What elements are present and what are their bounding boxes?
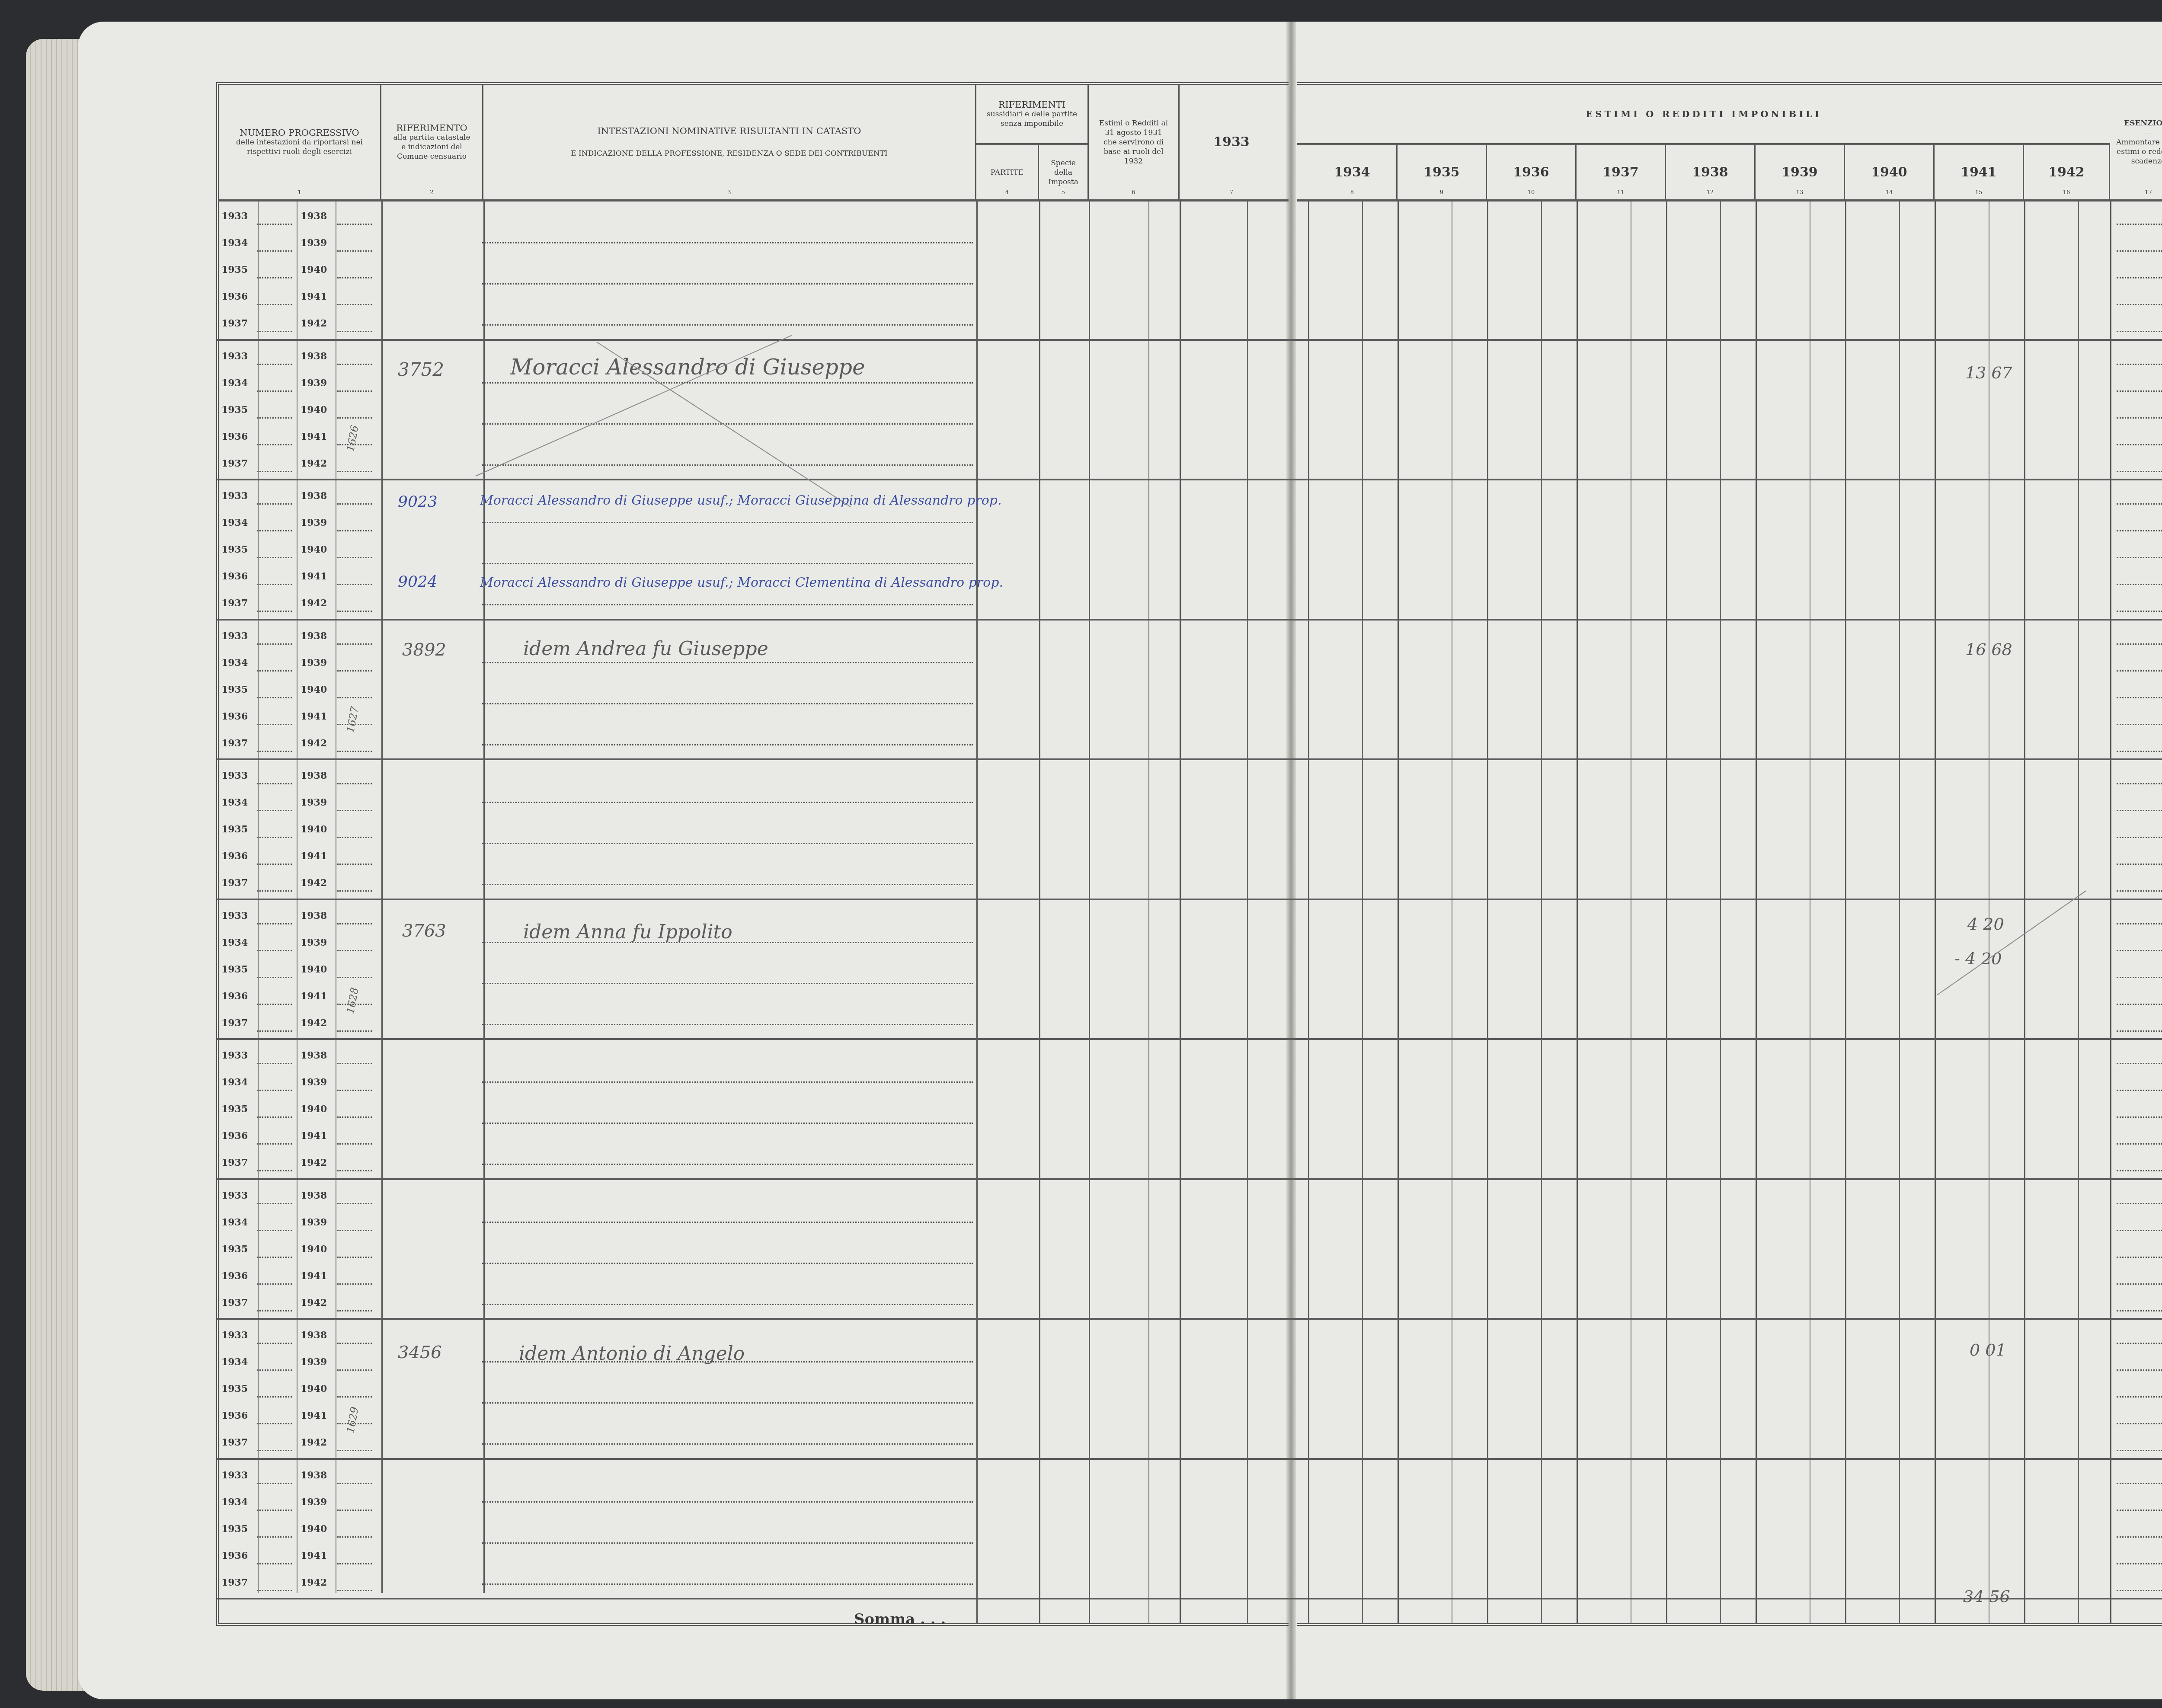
dotted-line [2117, 923, 2162, 924]
header-dash: — [2110, 128, 2162, 138]
dotted-line [2117, 783, 2162, 784]
row-year-right: 1942 [301, 1437, 327, 1448]
rule [336, 202, 336, 1593]
header-year: 1936 [1487, 168, 1575, 177]
dotted-line [257, 1004, 292, 1005]
dotted-line [337, 390, 372, 392]
dotted-line [2117, 1116, 2162, 1118]
row-year-right: 1939 [301, 517, 327, 528]
dotted-line [482, 662, 973, 663]
header-year-1941: 194115 [1935, 145, 2024, 199]
block-divider [216, 1318, 2162, 1320]
block-divider [216, 1178, 2162, 1180]
dotted-line [257, 923, 292, 924]
register-table-left: NUMERO PROGRESSIVO delle intestazioni da… [216, 82, 1289, 1626]
dotted-line [2117, 611, 2162, 612]
dotted-line [2117, 364, 2162, 365]
row-year-right: 1942 [301, 1157, 327, 1168]
row-year-right: 1940 [301, 1383, 327, 1395]
dotted-line [2117, 390, 2162, 392]
row-year-right: 1941 [301, 1130, 327, 1142]
dotted-line [2117, 1004, 2162, 1005]
row-year-left: 1935 [221, 1383, 248, 1395]
dotted-line [337, 1063, 372, 1064]
row-year-right: 1942 [301, 1017, 327, 1029]
row-year-right: 1942 [301, 877, 327, 889]
row-year-left: 1933 [221, 1330, 248, 1341]
rule [1039, 202, 1040, 1623]
dotted-line [257, 611, 292, 612]
header-title: RIFERIMENTI [976, 100, 1087, 109]
header-year: 1934 [1308, 168, 1396, 177]
dotted-line [257, 277, 292, 278]
dotted-line [2117, 277, 2162, 278]
dotted-line [257, 1483, 292, 1484]
dotted-line [337, 751, 372, 752]
row-year-left: 1933 [221, 1190, 248, 1201]
dotted-line [337, 864, 372, 865]
partita-ref: 9024 [398, 573, 438, 591]
column-number: 13 [1756, 188, 1844, 198]
rule [1398, 202, 1399, 1623]
dotted-line [2117, 1283, 2162, 1285]
row-year-right: 1942 [301, 318, 327, 329]
dotted-line [2117, 837, 2162, 838]
row-year-right: 1938 [301, 1050, 327, 1061]
header-year: 1933 [1180, 138, 1283, 147]
header-sub: sussidiari e delle partite senza imponib… [976, 109, 1087, 128]
dotted-line [2117, 1590, 2162, 1591]
row-year-left: 1933 [221, 490, 248, 502]
row-year-left: 1936 [221, 1130, 248, 1142]
header-title: NUMERO PROGRESSIVO [219, 128, 380, 138]
dotted-line [257, 1116, 292, 1118]
dotted-line [2117, 304, 2162, 305]
dotted-line [2117, 670, 2162, 672]
dotted-line [2117, 1396, 2162, 1398]
row-year-left: 1936 [221, 1410, 248, 1421]
dotted-line [337, 950, 372, 951]
row-year-right: 1940 [301, 1244, 327, 1255]
dotted-line [482, 703, 973, 704]
dotted-line [482, 1222, 973, 1223]
dotted-line [2117, 1143, 2162, 1145]
column-number: 3 [483, 188, 975, 198]
dotted-line [2117, 557, 2162, 558]
rule [1308, 202, 1309, 1623]
dotted-line [257, 503, 292, 505]
row-year-left: 1936 [221, 991, 248, 1002]
row-year-right: 1940 [301, 544, 327, 555]
row-year-right: 1941 [301, 291, 327, 302]
dotted-line [2117, 1510, 2162, 1511]
row-year-right: 1942 [301, 1577, 327, 1588]
dotted-line [257, 1170, 292, 1171]
dotted-line [482, 744, 973, 745]
rule [2078, 202, 2079, 1623]
column-number: 8 [1308, 188, 1396, 198]
dotted-line [337, 1030, 372, 1032]
header-year-1940: 194014 [1845, 145, 1935, 199]
row-year-right: 1942 [301, 1297, 327, 1308]
rule [2024, 202, 2025, 1623]
partita-ref: 3456 [398, 1343, 442, 1363]
dotted-line [257, 977, 292, 978]
header-specie-imposta: Specie della Imposta 5 [1039, 145, 1089, 199]
row-year-right: 1942 [301, 458, 327, 469]
dotted-line [482, 1123, 973, 1124]
row-year-right: 1940 [301, 964, 327, 975]
header-year-1935: 19359 [1398, 145, 1487, 199]
row-year-left: 1936 [221, 711, 248, 722]
row-year-left: 1934 [221, 377, 248, 389]
row-year-right: 1939 [301, 1077, 327, 1088]
amount-1941: 13 67 [1965, 363, 2012, 382]
dotted-line [2117, 1423, 2162, 1424]
dotted-line [482, 1583, 973, 1585]
header-year-1937: 193711 [1577, 145, 1666, 199]
dotted-line [2117, 1563, 2162, 1564]
row-year-right: 1939 [301, 657, 327, 668]
rule [1362, 202, 1363, 1623]
dotted-line [2117, 471, 2162, 472]
dotted-line [337, 1369, 372, 1371]
dotted-line [2117, 1483, 2162, 1484]
row-year-left: 1937 [221, 877, 248, 889]
row-year-left: 1934 [221, 1356, 248, 1368]
dotted-line [337, 1536, 372, 1538]
dotted-line [2117, 444, 2162, 445]
header-partite: PARTITE 4 [976, 145, 1039, 199]
dotted-line [337, 1590, 372, 1591]
dotted-line [2117, 1257, 2162, 1258]
row-year-right: 1941 [301, 1410, 327, 1421]
dotted-line [2117, 864, 2162, 865]
dotted-line [337, 250, 372, 252]
rule [1845, 202, 1846, 1623]
header-year: 1937 [1577, 168, 1665, 177]
row-year-left: 1937 [221, 1297, 248, 1308]
dotted-line [2117, 1170, 2162, 1171]
row-year-right: 1938 [301, 1470, 327, 1481]
row-year-right: 1939 [301, 1356, 327, 1368]
dotted-line [482, 382, 973, 384]
partita-ref: 3752 [398, 359, 444, 380]
header-year: 1935 [1398, 168, 1486, 177]
row-year-left: 1933 [221, 910, 248, 921]
dotted-line [337, 697, 372, 698]
row-year-right: 1940 [301, 404, 327, 416]
row-year-left: 1934 [221, 1217, 248, 1228]
header-intestazioni: INTESTAZIONI NOMINATIVE RISULTANTI IN CA… [483, 85, 976, 199]
dotted-line [257, 1030, 292, 1032]
row-year-right: 1940 [301, 1523, 327, 1535]
dotted-line [257, 1230, 292, 1231]
dotted-line [337, 923, 372, 924]
rule [1148, 202, 1149, 1623]
column-number: 1 [219, 188, 380, 198]
dotted-line [2117, 530, 2162, 531]
partita-ref: 9023 [398, 493, 438, 511]
row-year-left: 1934 [221, 1077, 248, 1088]
dotted-line [2117, 417, 2162, 419]
block-divider [216, 899, 2162, 900]
column-number: 2 [381, 188, 482, 198]
dotted-line [337, 1170, 372, 1171]
header-year-1939: 193913 [1756, 145, 1845, 199]
register-table-right: ESTIMI O REDDITI IMPONIBILI 19348 19359 … [1297, 82, 2162, 1626]
dotted-line [257, 1510, 292, 1511]
dotted-line [2117, 977, 2162, 978]
taxpayer-name: Moracci Alessandro di Giuseppe [510, 355, 865, 380]
row-year-right: 1942 [301, 598, 327, 609]
row-year-left: 1934 [221, 797, 248, 808]
dotted-line [337, 364, 372, 365]
dotted-line [482, 1443, 973, 1445]
amount-1941: 16 68 [1965, 640, 2012, 659]
column-number: 15 [1935, 188, 2023, 198]
dotted-line [337, 1450, 372, 1451]
column-number: 7 [1180, 188, 1283, 198]
row-year-left: 1935 [221, 1523, 248, 1535]
row-year-left: 1935 [221, 964, 248, 975]
rule [1899, 202, 1900, 1623]
row-year-left: 1936 [221, 291, 248, 302]
header-estimi-1931: Estimi o Redditi al 31 agosto 1931 che s… [1089, 85, 1180, 199]
rule [1631, 202, 1631, 1623]
row-year-right: 1941 [301, 711, 327, 722]
rule [1935, 202, 1936, 1623]
dotted-line [482, 423, 973, 425]
dotted-line [257, 1343, 292, 1344]
dotted-line [337, 837, 372, 838]
rule [1180, 202, 1181, 1623]
dotted-line [337, 1483, 372, 1484]
dotted-line [337, 1563, 372, 1564]
dotted-line [2117, 1030, 2162, 1032]
header-title: PARTITE [976, 168, 1038, 177]
taxpayer-name: Moracci Alessandro di Giuseppe usuf.; Mo… [480, 575, 1003, 590]
row-year-left: 1935 [221, 1103, 248, 1115]
dotted-line [337, 1143, 372, 1145]
dotted-line [2117, 950, 2162, 951]
dotted-line [337, 1283, 372, 1285]
dotted-line [257, 557, 292, 558]
dotted-line [482, 983, 973, 984]
dotted-line [482, 242, 973, 243]
header-title: RIFERIMENTO [381, 123, 482, 133]
dotted-line [337, 530, 372, 531]
row-year-right: 1939 [301, 377, 327, 389]
row-year-left: 1936 [221, 431, 248, 442]
row-year-right: 1939 [301, 237, 327, 249]
rule [1089, 202, 1090, 1623]
dotted-line [257, 250, 292, 252]
dotted-line [482, 563, 973, 564]
row-year-left: 1936 [221, 571, 248, 582]
dotted-line [257, 890, 292, 892]
row-year-left: 1935 [221, 264, 248, 275]
dotted-line [257, 1090, 292, 1091]
dotted-line [482, 1542, 973, 1544]
dotted-line [257, 444, 292, 445]
dotted-line [257, 1423, 292, 1424]
header-title: Estimi o Redditi al 31 agosto 1931 che s… [1089, 118, 1178, 166]
rule [1541, 202, 1542, 1623]
block-divider [216, 1598, 2162, 1599]
total-1941: 34 56 [1963, 1587, 2010, 1606]
header-title: ESENZIONI [2110, 118, 2162, 128]
dotted-line [257, 1203, 292, 1204]
dotted-line [482, 283, 973, 285]
rule [483, 202, 485, 1593]
column-number: 11 [1577, 188, 1665, 198]
dotted-line [257, 751, 292, 752]
rule [1577, 202, 1578, 1623]
dotted-line [257, 304, 292, 305]
dotted-line [257, 331, 292, 332]
dotted-line [2117, 503, 2162, 505]
header-year: 1941 [1935, 168, 2023, 177]
dotted-line [2117, 584, 2162, 585]
dotted-line [257, 837, 292, 838]
dotted-line [482, 1164, 973, 1165]
header-year-1942: 194216 [2024, 145, 2110, 199]
row-year-left: 1937 [221, 458, 248, 469]
rule [1666, 202, 1667, 1623]
dotted-line [337, 977, 372, 978]
row-year-right: 1941 [301, 1550, 327, 1561]
dotted-line [257, 1536, 292, 1538]
block-divider [216, 479, 2162, 480]
dotted-line [257, 417, 292, 419]
dotted-line [257, 530, 292, 531]
column-number: 4 [976, 188, 1038, 198]
row-year-left: 1933 [221, 351, 248, 362]
row-year-left: 1937 [221, 318, 248, 329]
dotted-line [2117, 250, 2162, 252]
dotted-line [482, 522, 973, 523]
dotted-line [257, 643, 292, 645]
row-year-left: 1933 [221, 211, 248, 222]
dotted-line [2117, 1203, 2162, 1204]
row-year-right: 1939 [301, 797, 327, 808]
row-year-right: 1938 [301, 910, 327, 921]
header-divider [1297, 199, 2162, 202]
dotted-line [2117, 1310, 2162, 1311]
header-sub: Ammontare degli estimi o redditi e scade… [2110, 138, 2162, 166]
rule [1487, 202, 1488, 1623]
rule [1452, 202, 1452, 1623]
row-year-left: 1933 [221, 630, 248, 642]
row-year-right: 1940 [301, 824, 327, 835]
header-esenzioni: ESENZIONI — Ammontare degli estimi o red… [2110, 85, 2162, 199]
partita-ref: 3763 [402, 921, 446, 941]
row-year-right: 1942 [301, 738, 327, 749]
dotted-line [337, 304, 372, 305]
dotted-line [2117, 1369, 2162, 1371]
rule [1756, 202, 1757, 1623]
dotted-line [257, 724, 292, 725]
header-year: 1939 [1756, 168, 1844, 177]
dotted-line [2117, 751, 2162, 752]
row-year-right: 1938 [301, 1190, 327, 1201]
dotted-line [257, 1143, 292, 1145]
header-year: 1942 [2024, 168, 2109, 177]
row-year-left: 1935 [221, 544, 248, 555]
dotted-line [337, 331, 372, 332]
header-year-1936: 193610 [1487, 145, 1577, 199]
dotted-line [337, 557, 372, 558]
header-riferimento: RIFERIMENTO alla partita catastale e ind… [381, 85, 483, 199]
row-year-left: 1934 [221, 1497, 248, 1508]
dotted-line [337, 890, 372, 892]
row-year-right: 1939 [301, 1497, 327, 1508]
header-numero-progressivo: NUMERO PROGRESSIVO delle intestazioni da… [219, 85, 381, 199]
dotted-line [2117, 890, 2162, 892]
rule [381, 202, 383, 1593]
row-year-left: 1933 [221, 1470, 248, 1481]
row-year-left: 1937 [221, 738, 248, 749]
dotted-line [482, 1402, 973, 1404]
row-year-right: 1941 [301, 571, 327, 582]
dotted-line [257, 1063, 292, 1064]
column-number: 6 [1089, 188, 1178, 198]
dotted-line [337, 1310, 372, 1311]
dotted-line [337, 1257, 372, 1258]
amount-1941: 0 01 [1970, 1340, 2006, 1359]
dotted-line [257, 810, 292, 811]
dotted-line [337, 1343, 372, 1344]
dotted-line [257, 697, 292, 698]
row-year-left: 1937 [221, 1577, 248, 1588]
dotted-line [482, 1081, 973, 1083]
taxpayer-name: Moracci Alessandro di Giuseppe usuf.; Mo… [480, 493, 1002, 508]
dotted-line [257, 864, 292, 865]
dotted-line [337, 224, 372, 225]
dotted-line [257, 670, 292, 672]
header-riferimenti-group: RIFERIMENTI sussidiari e delle partite s… [976, 85, 1089, 145]
row-year-left: 1936 [221, 851, 248, 862]
dotted-line [257, 224, 292, 225]
block-divider [216, 1458, 2162, 1460]
header-year: 1940 [1845, 168, 1933, 177]
row-year-right: 1939 [301, 937, 327, 948]
taxpayer-name: idem Andrea fu Giuseppe [523, 638, 768, 660]
row-year-left: 1937 [221, 1437, 248, 1448]
dotted-line [337, 1090, 372, 1091]
column-number: 9 [1398, 188, 1486, 198]
dotted-line [2117, 810, 2162, 811]
dotted-line [482, 884, 973, 885]
row-year-left: 1933 [221, 770, 248, 781]
row-year-left: 1937 [221, 1017, 248, 1029]
rule [1810, 202, 1810, 1623]
dotted-line [337, 670, 372, 672]
header-sub: alla partita catastale e indicazioni del… [381, 133, 482, 161]
dotted-line [2117, 331, 2162, 332]
dotted-line [482, 1501, 973, 1503]
dotted-line [257, 1563, 292, 1564]
column-number: 17 [2110, 188, 2162, 198]
dotted-line [482, 802, 973, 803]
header-year-1938: 193812 [1666, 145, 1756, 199]
rule [1989, 202, 1989, 1623]
row-year-right: 1941 [301, 991, 327, 1002]
rule [1720, 202, 1721, 1623]
row-year-right: 1938 [301, 1330, 327, 1341]
dotted-line [257, 950, 292, 951]
